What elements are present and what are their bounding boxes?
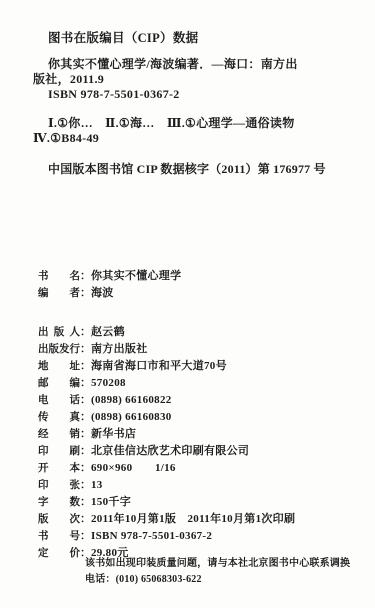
cip-title: 图书在版编目（CIP）数据 — [33, 31, 348, 46]
colophon-row-label: 地址 — [38, 359, 80, 375]
colophon-row-label: 出版人 — [38, 325, 80, 341]
colophon-row: 印张：13 — [38, 477, 358, 494]
colophon-row-label: 传真 — [38, 410, 80, 426]
colophon-row-colon: ： — [80, 460, 91, 476]
colophon-row: 书名：你其实不懂心理学 — [38, 268, 358, 285]
colophon-row-label: 经销 — [38, 427, 80, 443]
colophon-row: 字数：150千字 — [38, 494, 358, 511]
colophon-row-colon: ： — [80, 392, 91, 408]
colophon-row-colon: ： — [80, 341, 91, 357]
colophon-row: 书号：ISBN 978-7-5501-0367-2 — [38, 528, 358, 545]
colophon-row-value: 南方出版社 — [91, 341, 148, 357]
colophon-row-value: 690×960 1/16 — [91, 460, 176, 476]
colophon-row-label: 印刷 — [38, 444, 80, 460]
colophon-row: 电话：(0898) 66160822 — [38, 392, 358, 409]
colophon-row-colon: ： — [80, 511, 91, 527]
colophon-row: 邮编：570208 — [38, 375, 358, 392]
colophon-row-label: 电话 — [38, 393, 80, 409]
colophon-row-value: ISBN 978-7-5501-0367-2 — [91, 528, 212, 544]
footer-line1: 该书如出现印装质量问题，请与本社北京图书中心联系调换 — [85, 556, 350, 572]
colophon-row-label: 定价 — [38, 546, 80, 562]
colophon-row: 开本：690×960 1/16 — [38, 460, 358, 477]
cip-bibliography-line1: 你其实不懂心理学/海波编著．—海口：南方出 — [33, 57, 348, 72]
colophon-row-label: 开本 — [38, 461, 80, 477]
colophon-row-value: 570208 — [91, 375, 126, 391]
colophon-row-value: 北京佳信达欣艺术印刷有限公司 — [91, 443, 249, 459]
colophon-row-value: 赵云鹤 — [91, 324, 125, 340]
colophon-row-value: (0898) 66160830 — [91, 409, 172, 425]
colophon-row-value: 海南省海口市和平大道70号 — [91, 358, 227, 374]
colophon-row-value: 2011年10月第1版 2011年10月第1次印刷 — [91, 511, 295, 527]
colophon-row-label: 出版发行 — [38, 342, 80, 358]
colophon-row-label: 版次 — [38, 512, 80, 528]
colophon-row: 地址：海南省海口市和平大道70号 — [38, 358, 358, 375]
colophon-row-value: (0898) 66160822 — [91, 392, 172, 408]
colophon-row-colon: ： — [80, 285, 91, 301]
book-copyright-page: 图书在版编目（CIP）数据 你其实不懂心理学/海波编著．—海口：南方出 版社，2… — [0, 0, 375, 608]
colophon-row: 版次：2011年10月第1版 2011年10月第1次印刷 — [38, 511, 358, 528]
colophon-row: 出版发行：南方出版社 — [38, 341, 358, 358]
colophon-row-colon: ： — [80, 409, 91, 425]
colophon-row-value: 150千字 — [91, 494, 131, 510]
colophon-row-colon: ： — [80, 358, 91, 374]
footer-line2: 电话：(010) 65068303-622 — [85, 572, 350, 588]
colophon-row-label: 书号 — [38, 529, 80, 545]
colophon-row-label: 书名 — [38, 269, 80, 285]
colophon-row-colon: ： — [80, 494, 91, 510]
colophon-row-colon: ： — [80, 268, 91, 284]
colophon-row-label: 字数 — [38, 495, 80, 511]
colophon-row: 编者：海波 — [38, 285, 358, 302]
colophon-row: 出版人：赵云鹤 — [38, 324, 358, 341]
cip-classification-line1: Ⅰ.①你… Ⅱ.①海… Ⅲ.①心理学—通俗读物 — [33, 116, 348, 131]
cip-isbn-line: ISBN 978-7-5501-0367-2 — [33, 87, 348, 102]
colophon-row: 经销：新华书店 — [38, 426, 358, 443]
colophon-row-value: 海波 — [91, 285, 114, 301]
footer-note: 该书如出现印装质量问题，请与本社北京图书中心联系调换 电话：(010) 6506… — [85, 556, 350, 587]
colophon-row-label: 邮编 — [38, 376, 80, 392]
colophon-row-colon: ： — [80, 375, 91, 391]
colophon-row-colon: ： — [80, 426, 91, 442]
colophon-row-label: 印张 — [38, 478, 80, 494]
colophon-row-value: 13 — [91, 477, 103, 493]
colophon-row-colon: ： — [80, 324, 91, 340]
colophon-row-colon: ： — [80, 528, 91, 544]
colophon-row: 传真：(0898) 66160830 — [38, 409, 358, 426]
colophon-table: 书名：你其实不懂心理学编者：海波出版人：赵云鹤出版发行：南方出版社地址：海南省海… — [38, 268, 358, 562]
colophon-row-colon: ： — [80, 443, 91, 459]
cip-section: 图书在版编目（CIP）数据 你其实不懂心理学/海波编著．—海口：南方出 版社，2… — [33, 31, 348, 177]
cip-classification-line2: Ⅳ.①B84-49 — [33, 131, 348, 146]
colophon-row-label: 编者 — [38, 286, 80, 302]
colophon-row-value: 你其实不懂心理学 — [91, 268, 181, 284]
colophon-row-colon: ： — [80, 477, 91, 493]
cip-bibliography-line2: 版社，2011.9 — [33, 72, 348, 87]
cip-record-number: 中国版本图书馆 CIP 数据核字（2011）第 176977 号 — [33, 162, 348, 177]
colophon-row: 印刷：北京佳信达欣艺术印刷有限公司 — [38, 443, 358, 460]
colophon-row-value: 新华书店 — [91, 426, 136, 442]
